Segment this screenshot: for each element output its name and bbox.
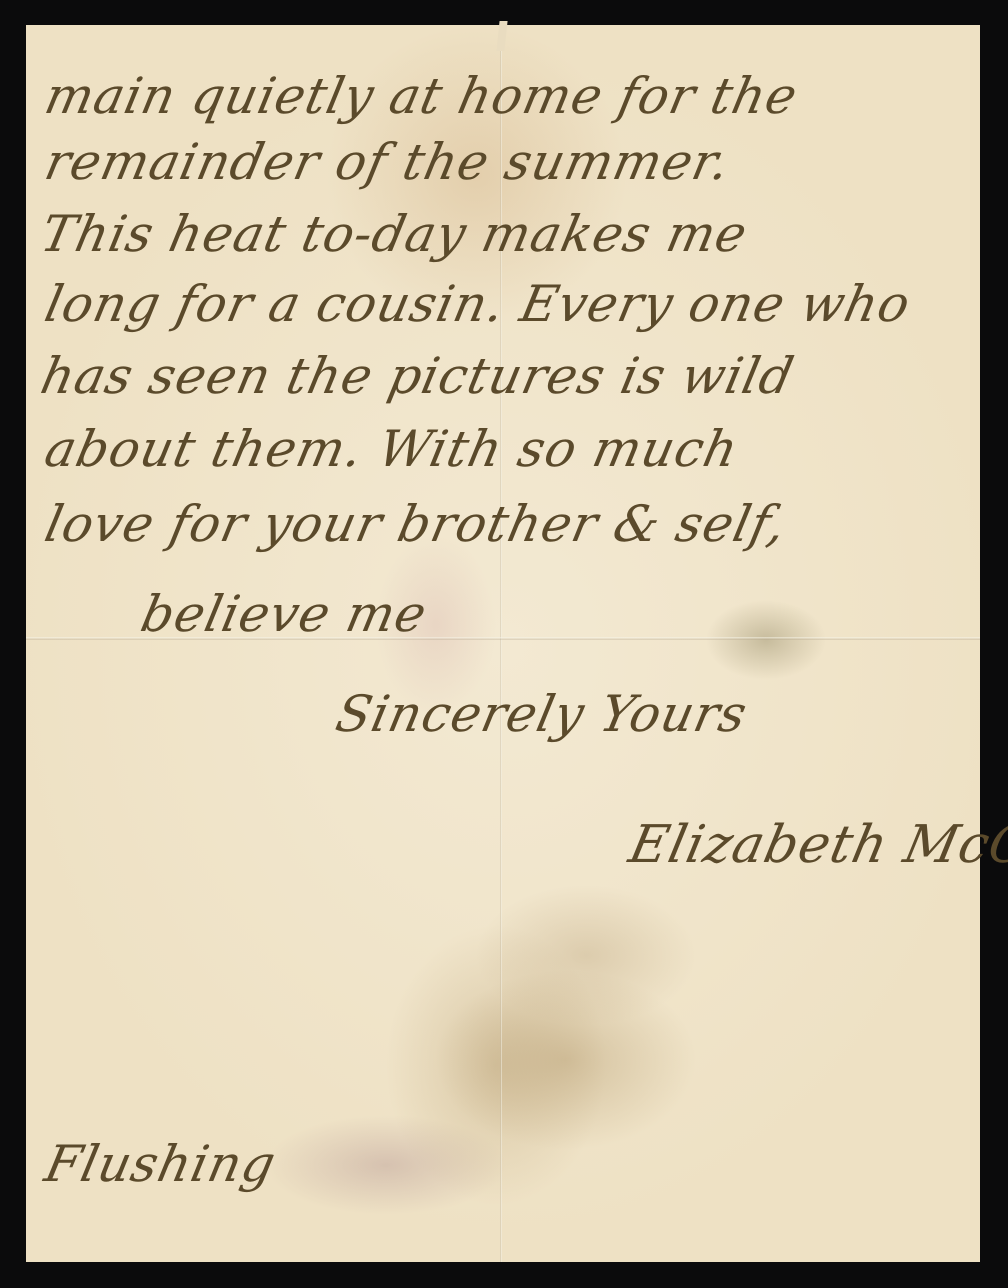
letter-line-3: This heat to-day makes me bbox=[36, 205, 753, 263]
letter-line-4: long for a cousin. Every one who bbox=[40, 275, 916, 333]
letter-line-6: about them. With so much bbox=[40, 420, 744, 478]
letter-page: main quietly at home for the remainder o… bbox=[26, 25, 980, 1262]
signature: Elizabeth McC. bbox=[624, 815, 1008, 875]
letter-line-5: has seen the pictures is wild bbox=[36, 347, 799, 405]
letter-line-2: remainder of the summer. bbox=[40, 133, 735, 191]
closing: Sincerely Yours bbox=[331, 685, 753, 743]
place-name: Flushing bbox=[40, 1135, 281, 1193]
letter-line-8: believe me bbox=[136, 585, 432, 643]
top-tear bbox=[496, 21, 507, 51]
letter-line-7: love for your brother & self, bbox=[40, 495, 792, 553]
letter-line-1: main quietly at home for the bbox=[40, 67, 803, 125]
